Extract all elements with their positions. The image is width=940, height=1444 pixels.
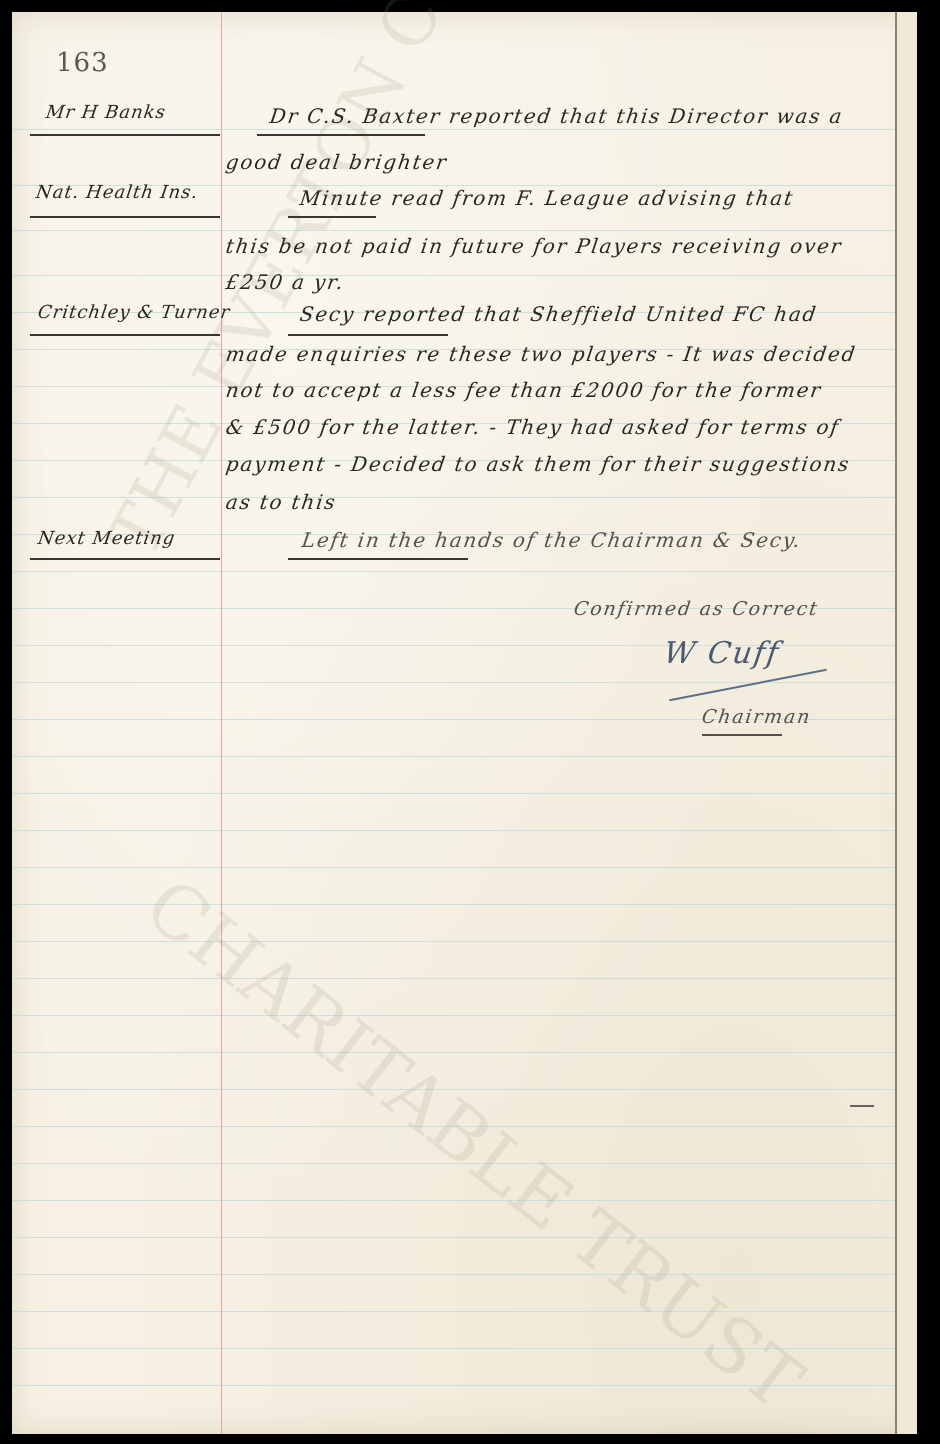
ledger-page: THE EVERTON COLLECTION CHARITABLE TRUST … — [12, 12, 917, 1434]
entry-line: made enquiries re these two players - It… — [224, 342, 858, 366]
chairman-signature: W Cuff — [662, 636, 783, 671]
margin-line — [221, 12, 222, 1434]
entry-line: & £500 for the latter. - They had asked … — [224, 415, 841, 439]
entry-line: as to this — [224, 490, 338, 514]
page-number: 163 — [56, 48, 109, 78]
ink-mark — [850, 1105, 874, 1107]
entry-line: Secy reported that Sheffield United FC h… — [298, 302, 819, 326]
entry-line: good deal brighter — [224, 150, 449, 174]
chairman-title: Chairman — [700, 706, 812, 728]
page-gutter — [895, 12, 917, 1434]
margin-heading-health: Nat. Health Ins. — [35, 182, 200, 203]
entry-line: Left in the hands of the Chairman & Secy… — [300, 528, 803, 552]
entry-line: this be not paid in future for Players r… — [224, 234, 844, 258]
entry-line: £250 a yr. — [224, 270, 346, 294]
confirmation-text: Confirmed as Correct — [572, 598, 820, 620]
margin-heading-banks: Mr H Banks — [45, 102, 168, 123]
entry-line: payment - Decided to ask them for their … — [224, 452, 852, 476]
entry-line: not to accept a less fee than £2000 for … — [224, 378, 823, 402]
entry-line: Dr C.S. Baxter reported that this Direct… — [268, 104, 845, 128]
entry-line: Minute read from F. League advising that — [298, 186, 795, 210]
margin-heading-critchley: Critchley & Turner — [37, 302, 232, 323]
margin-heading-next-meeting: Next Meeting — [37, 528, 177, 549]
